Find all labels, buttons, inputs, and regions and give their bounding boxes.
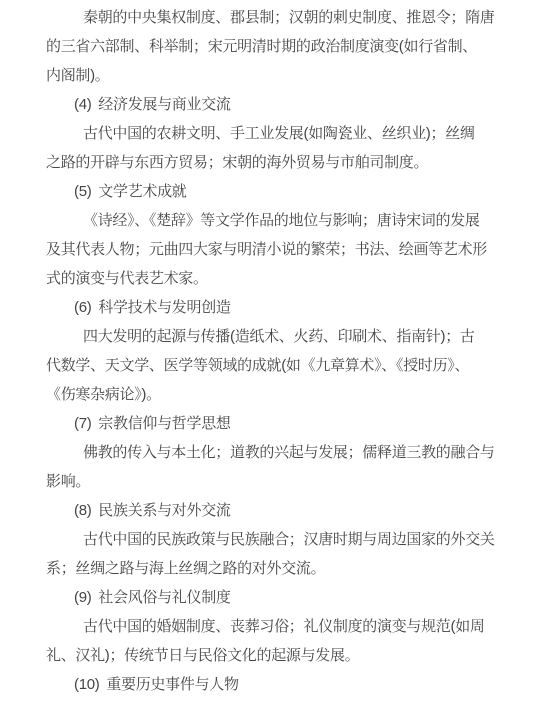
text-line: 影响。 (46, 467, 494, 496)
text-line: 四大发明的起源与传播(造纸术、火药、印刷术、指南针)；古 (46, 322, 494, 351)
text-line: 礼、汉礼)；传统节日与民俗文化的起源与发展。 (46, 641, 494, 670)
text-line: 佛教的传入与本土化；道教的兴起与发展；儒释道三教的融合与 (46, 438, 494, 467)
text-line: 内阁制)。 (46, 61, 494, 90)
text-line: 秦朝的中央集权制度、郡县制；汉朝的刺史制度、推恩令；隋唐 (46, 3, 494, 32)
section-heading-4: (4) 经济发展与商业交流 (46, 90, 494, 119)
text-line: 及其代表人物；元曲四大家与明清小说的繁荣；书法、绘画等艺术形 (46, 235, 494, 264)
document-page: 秦朝的中央集权制度、郡县制；汉朝的刺史制度、推恩令；隋唐 的三省六部制、科举制；… (0, 0, 534, 711)
section-heading-5: (5) 文学艺术成就 (46, 177, 494, 206)
text-line: 古代中国的民族政策与民族融合；汉唐时期与周边国家的外交关 (46, 525, 494, 554)
section-heading-6: (6) 科学技术与发明创造 (46, 293, 494, 322)
text-line: 《伤寒杂病论》)。 (46, 380, 494, 409)
text-line: 代数学、天文学、医学等领域的成就(如《九章算术》、《授时历》、 (46, 351, 494, 380)
section-heading-9: (9) 社会风俗与礼仪制度 (46, 583, 494, 612)
section-heading-8: (8) 民族关系与对外交流 (46, 496, 494, 525)
text-line: 式的演变与代表艺术家。 (46, 264, 494, 293)
text-line: 的三省六部制、科举制；宋元明清时期的政治制度演变(如行省制、 (46, 32, 494, 61)
text-line: 系；丝绸之路与海上丝绸之路的对外交流。 (46, 554, 494, 583)
text-line: 之路的开辟与东西方贸易；宋朝的海外贸易与市舶司制度。 (46, 148, 494, 177)
text-line: 《诗经》、《楚辞》等文学作品的地位与影响；唐诗宋词的发展 (46, 206, 494, 235)
section-heading-10: (10) 重要历史事件与人物 (46, 670, 494, 699)
text-line: 古代中国的婚姻制度、丧葬习俗；礼仪制度的演变与规范(如周 (46, 612, 494, 641)
text-line: 古代中国的农耕文明、手工业发展(如陶瓷业、丝织业)；丝绸 (46, 119, 494, 148)
section-heading-7: (7) 宗教信仰与哲学思想 (46, 409, 494, 438)
